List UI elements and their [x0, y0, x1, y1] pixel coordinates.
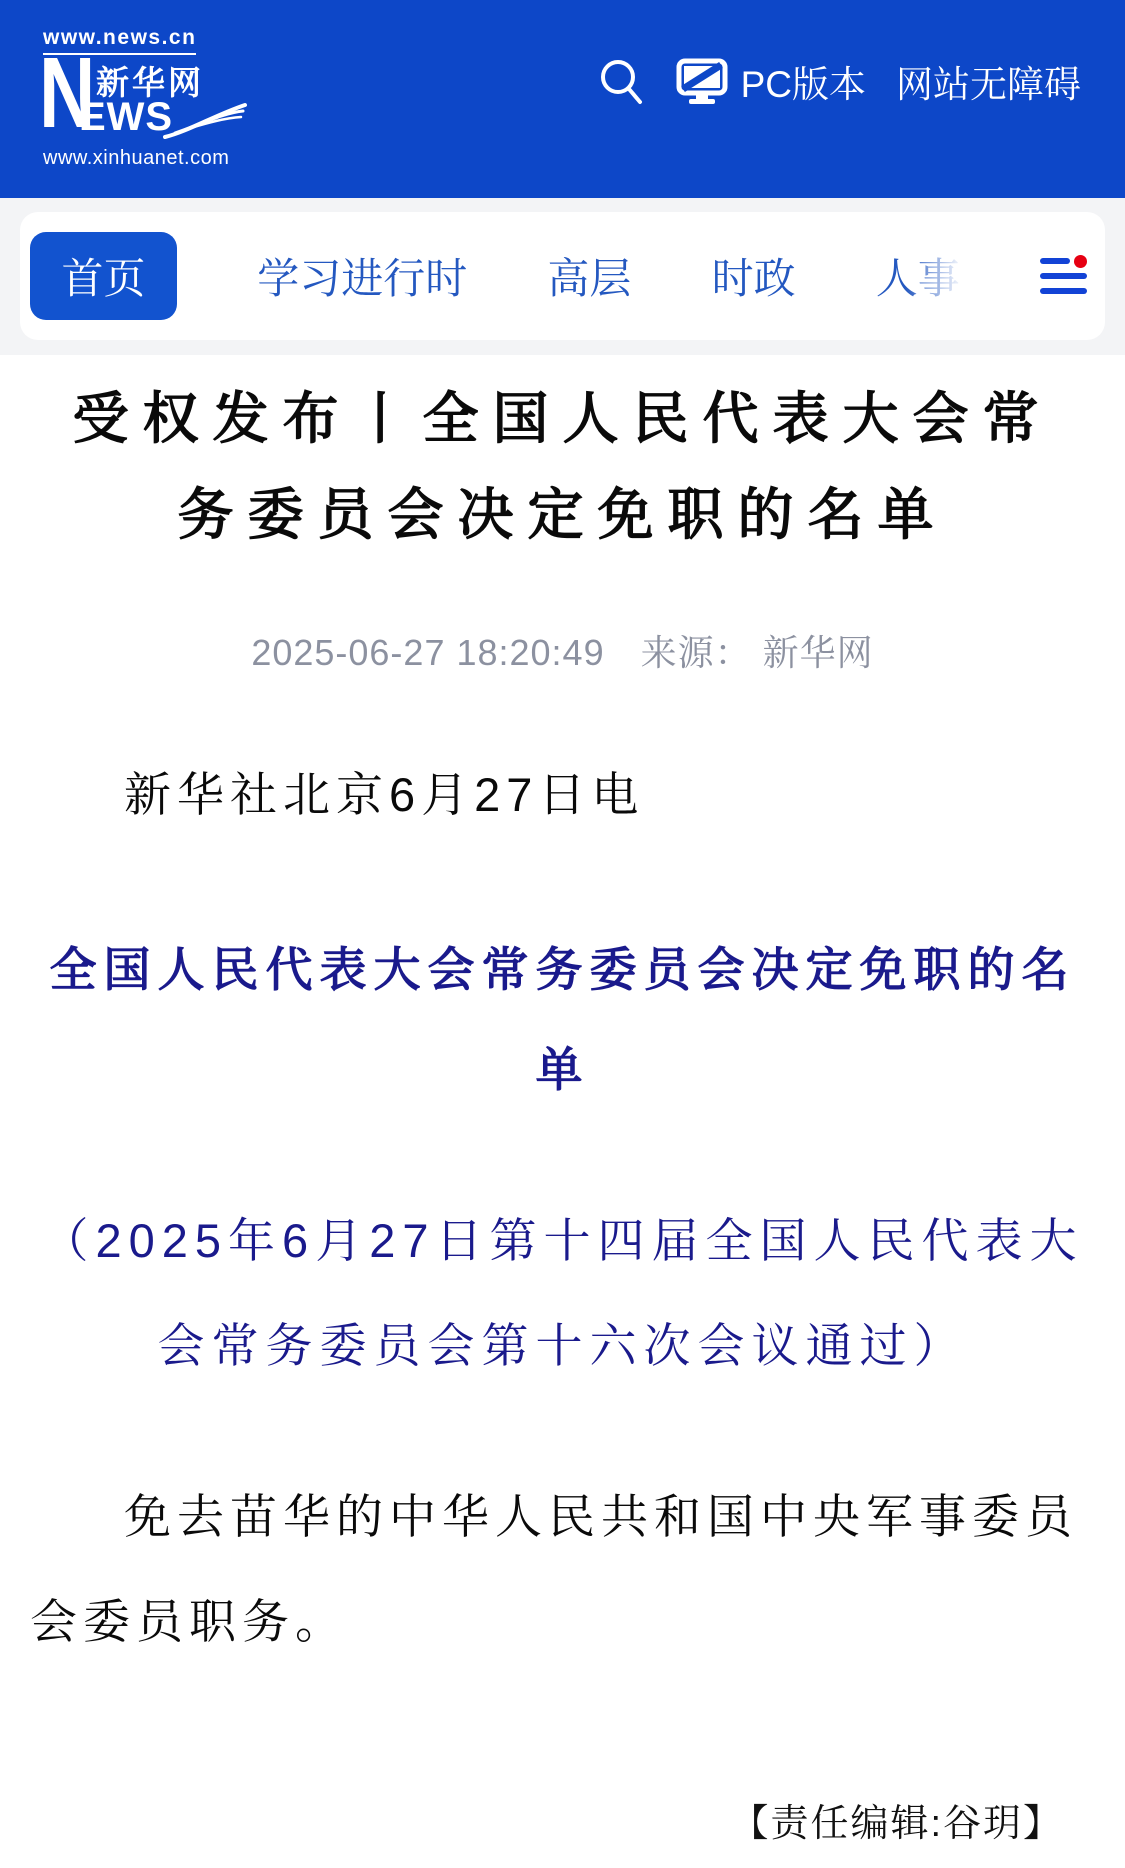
article-title: 受权发布丨全国人民代表大会常 务委员会决定免职的名单	[40, 371, 1085, 563]
logo-mark: N 新华网 EWS	[43, 57, 293, 141]
editor-note: 【责任编辑:谷玥】	[0, 1792, 1063, 1847]
pc-version-label: PC版本	[741, 54, 866, 108]
header-actions: PC版本 网站无障碍	[597, 54, 1081, 108]
xinhuanet-logo[interactable]: www.news.cn N 新华网 EWS www.xinhuanet.com	[43, 26, 293, 170]
monitor-icon	[675, 57, 729, 105]
session-note: （2025年6月27日第十四届全国人民代表大 会常务委员会第十六次会议通过）	[40, 1188, 1085, 1398]
pc-version-link[interactable]: PC版本	[675, 54, 866, 108]
nav-tab-gaoceng[interactable]: 高层	[547, 246, 631, 306]
site-header: www.news.cn N 新华网 EWS www.xinhuanet.com	[0, 0, 1125, 198]
nav-tab-xuexi[interactable]: 学习进行时	[257, 246, 467, 306]
accessibility-link[interactable]: 网站无障碍	[896, 54, 1081, 108]
logo-url-bottom: www.xinhuanet.com	[43, 147, 293, 170]
nav-tab-shizheng[interactable]: 时政	[712, 246, 796, 306]
nav-strip: 首页 学习进行时 高层 时政 人事	[0, 198, 1125, 355]
nav-tab-home[interactable]: 首页	[30, 232, 177, 320]
hamburger-menu-icon[interactable]	[1040, 255, 1087, 297]
article-meta: 2025-06-27 18:20:49 来源： 新华网	[0, 625, 1125, 676]
search-icon[interactable]	[597, 56, 645, 106]
nav-tab-renshi[interactable]: 人事	[876, 246, 960, 306]
notification-dot	[1074, 255, 1087, 268]
dateline-paragraph: 新华社北京6月27日电	[30, 760, 1095, 830]
nav-tab-home-label: 首页	[61, 246, 145, 306]
source-label: 来源：	[641, 632, 752, 673]
source-name[interactable]: 新华网	[763, 632, 874, 673]
accessibility-label: 网站无障碍	[896, 54, 1081, 108]
logo-swoosh-icon	[163, 101, 247, 141]
publish-date: 2025-06-27 18:20:49	[251, 632, 604, 673]
nav-bar: 首页 学习进行时 高层 时政 人事	[20, 212, 1105, 340]
article: 受权发布丨全国人民代表大会常 务委员会决定免职的名单 2025-06-27 18…	[0, 371, 1125, 1847]
list-heading: 全国人民代表大会常务委员会决定免职的名 单	[45, 920, 1080, 1120]
logo-letters-ews: EWS	[79, 97, 173, 137]
body-paragraph: 免去苗华的中华人民共和国中央军事委员 会委员职务。	[30, 1464, 1095, 1674]
